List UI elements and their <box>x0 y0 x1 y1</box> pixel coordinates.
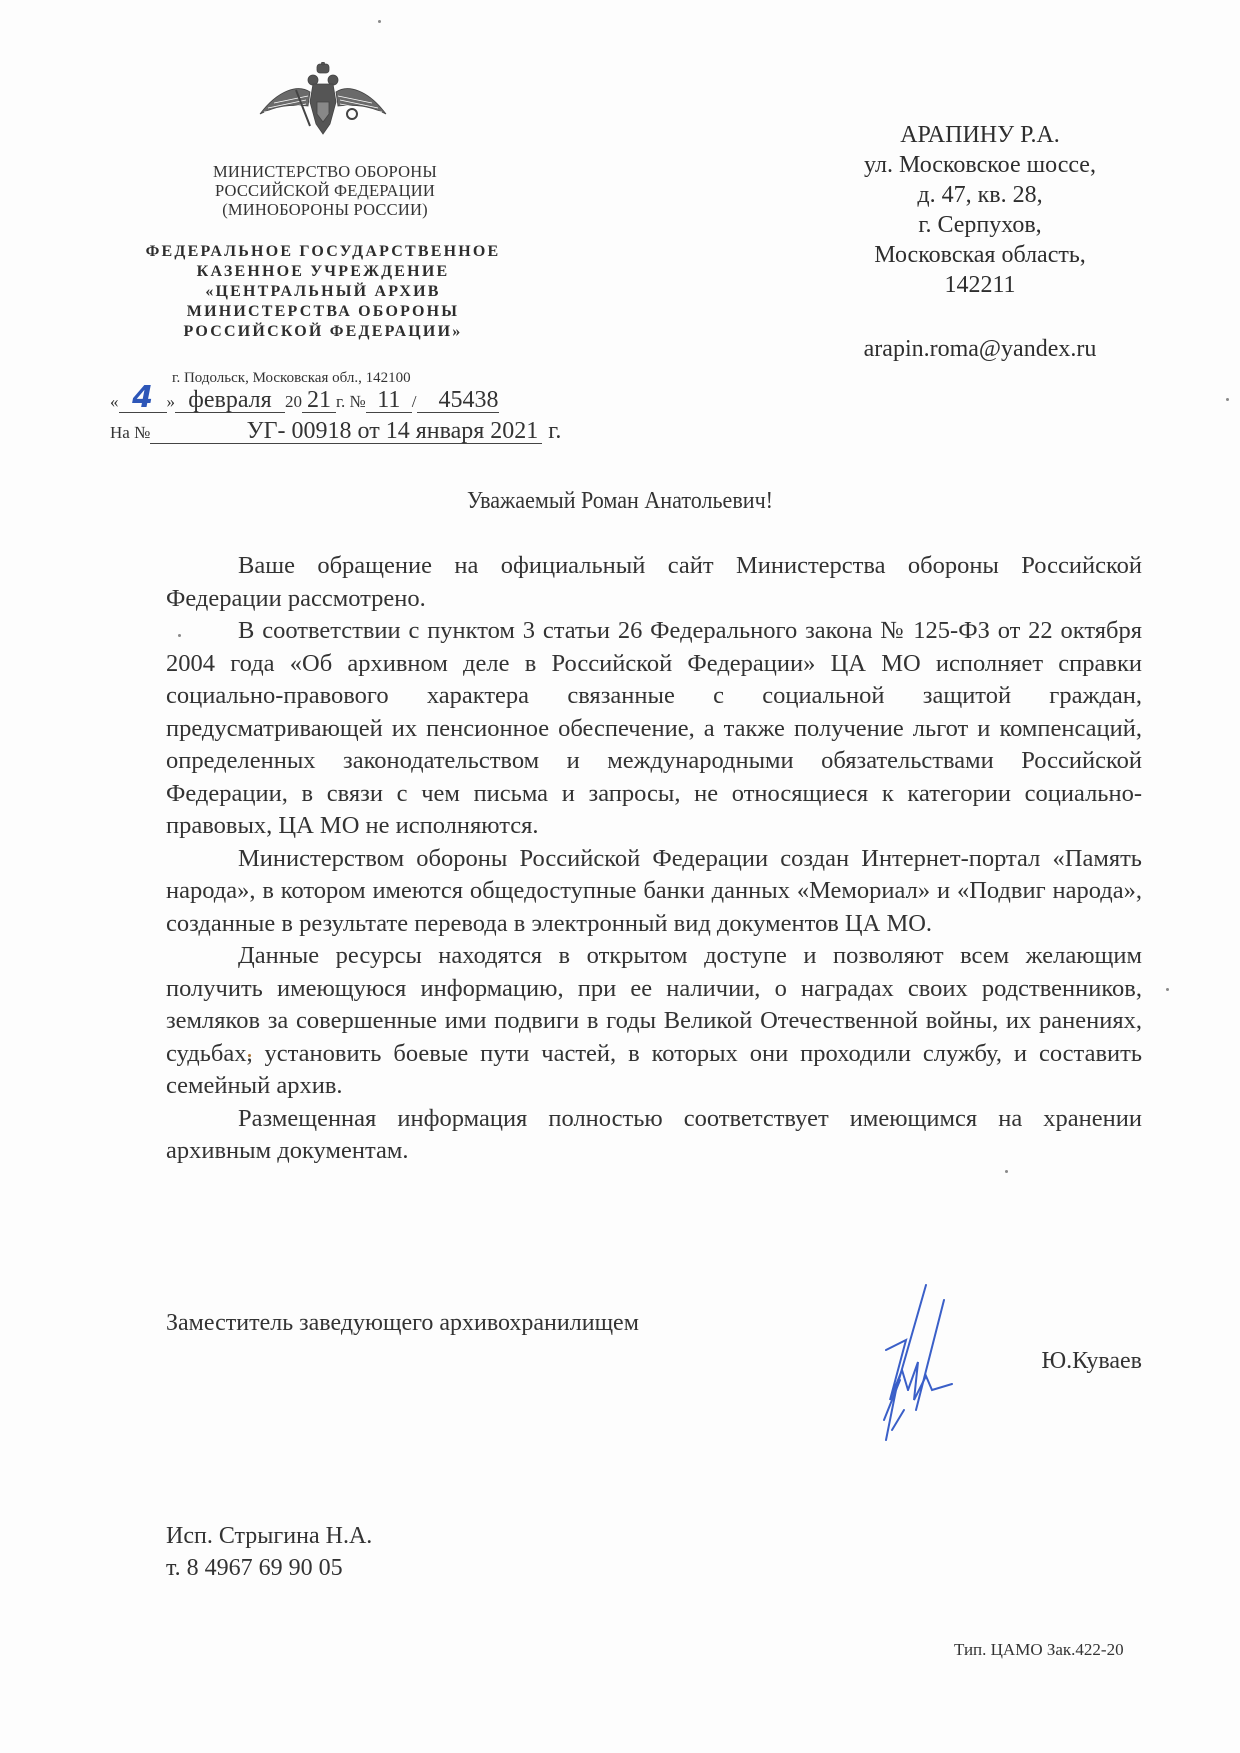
executor-phone: т. 8 4967 69 90 05 <box>166 1552 372 1584</box>
print-code: Тип. ЦАМО Зак.422-20 <box>954 1640 1124 1660</box>
salutation: Уважаемый Роман Анатольевич! <box>50 488 1191 515</box>
paragraph: Размещенная информация полностью соответ… <box>166 1103 1142 1168</box>
institution-name: ФЕДЕРАЛЬНОЕ ГОСУДАРСТВЕННОЕ КАЗЕННОЕ УЧР… <box>108 242 538 342</box>
signer-title: Заместитель заведующего архивохранилищем <box>166 1310 639 1337</box>
scan-speck <box>1166 988 1169 991</box>
date-day-field: 4 <box>119 386 167 413</box>
reply-to-field: УГ- 00918 от 14 января 2021 <box>150 419 542 444</box>
paragraph: В соответствии с пунктом 3 статьи 26 Фед… <box>166 615 1142 843</box>
reply-reference: На №УГ- 00918 от 14 января 2021 г. <box>110 418 561 445</box>
paragraph: Министерством обороны Российской Федерац… <box>166 843 1142 941</box>
date-month-field: февраля <box>175 388 285 413</box>
handwritten-signature-icon <box>856 1280 966 1450</box>
ministry-name: МИНИСТЕРСТВО ОБОРОНЫ РОССИЙСКОЙ ФЕДЕРАЦИ… <box>150 162 500 219</box>
double-headed-eagle-emblem-icon <box>258 62 388 144</box>
date-year-field: 21 <box>302 388 336 413</box>
recipient-address: АРАПИНУ Р.А. ул. Московское шоссе, д. 47… <box>830 120 1130 364</box>
institution-address: г. Подольск, Московская обл., 142100 <box>172 370 411 387</box>
executor-name: Исп. Стрыгина Н.А. <box>166 1520 372 1552</box>
paragraph: Ваше обращение на официальный сайт Минис… <box>166 550 1142 615</box>
scan-speck <box>1005 1170 1008 1173</box>
scan-speck <box>1226 398 1229 401</box>
document-number-field: 45438 <box>417 388 499 413</box>
scan-speck <box>378 20 381 23</box>
letter-body: Ваше обращение на официальный сайт Минис… <box>166 550 1142 1168</box>
executor-info: Исп. Стрыгина Н.А. т. 8 4967 69 90 05 <box>166 1520 372 1584</box>
signer-name: Ю.Куваев <box>1041 1348 1142 1375</box>
paragraph: Данные ресурсы находятся в открытом дост… <box>166 940 1142 1103</box>
outgoing-reference: «4»февраля2021г. №11/45438 <box>110 386 499 414</box>
scan-speck <box>248 1054 251 1057</box>
scan-speck <box>178 634 181 637</box>
number-prefix-field: 11 <box>366 388 412 413</box>
letter-page: МИНИСТЕРСТВО ОБОРОНЫ РОССИЙСКОЙ ФЕДЕРАЦИ… <box>0 0 1240 1753</box>
recipient-email: arapin.roma@yandex.ru <box>830 334 1130 364</box>
